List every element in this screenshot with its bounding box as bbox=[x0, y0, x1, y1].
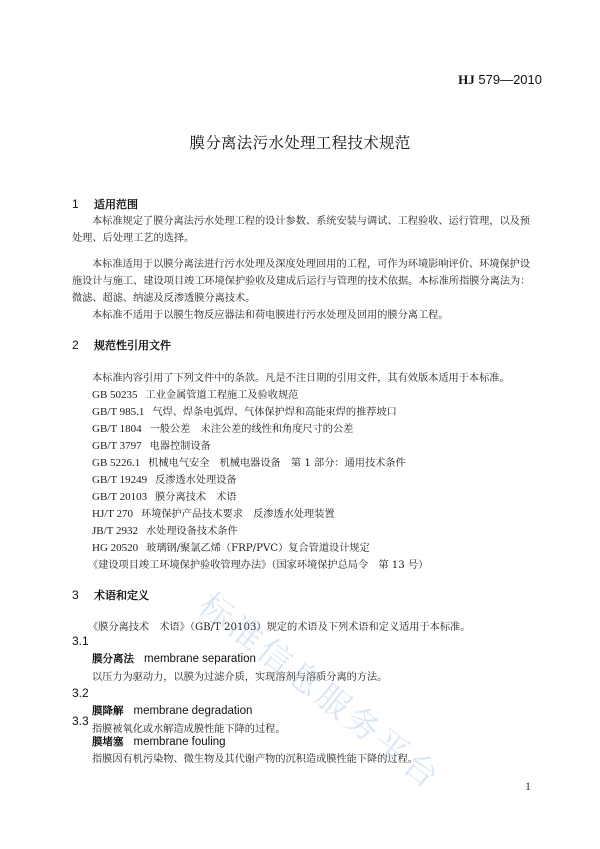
term-definition: 以压力为驱动力，以膜为过滤介质，实现溶剂与溶质分离的方法。 bbox=[92, 668, 387, 683]
term-number: 3.2 bbox=[72, 686, 89, 700]
section-heading-3: 3术语和定义 bbox=[72, 587, 149, 603]
section-1-paragraph-1: 本标准规定了膜分离法污水处理工程的设计参数、系统安装与调试、工程验收、运行管理，… bbox=[72, 213, 532, 247]
reference-item: GB/T 1804一般公差 未注公差的线性和角度尺寸的公差 bbox=[92, 420, 353, 435]
standard-number: 579—2010 bbox=[478, 72, 542, 87]
section-2-intro: 本标准内容引用了下列文件中的条款。凡是不注日期的引用文件，其有效版本适用于本标准… bbox=[92, 369, 510, 384]
reference-item: HG 20520玻璃钢/聚氯乙烯（FRP/PVC）复合管道设计规定 bbox=[92, 539, 370, 554]
term-name: 膜堵塞membrane fouling bbox=[92, 734, 226, 749]
document-title: 膜分离法污水处理工程技术规范 bbox=[0, 131, 600, 153]
section-1-paragraph-2: 本标准适用于以膜分离法进行污水处理及深度处理回用的工程，可作为环境影响评价、环境… bbox=[72, 256, 532, 307]
term-number: 3.1 bbox=[72, 634, 89, 648]
section-1-paragraph-3: 本标准不适用于以膜生物反应器法和荷电膜进行污水处理及回用的膜分离工程。 bbox=[72, 307, 532, 324]
reference-item: GB/T 985.1气焊、焊条电弧焊、气体保护焊和高能束焊的推荐坡口 bbox=[92, 403, 397, 418]
reference-item: GB 50235工业金属管道工程施工及验收规范 bbox=[92, 386, 298, 401]
reference-item: JB/T 2932水处理设备技术条件 bbox=[92, 522, 238, 537]
page-number: 1 bbox=[525, 779, 531, 794]
term-definition: 指膜被氧化或水解造成膜性能下降的过程。 bbox=[92, 720, 286, 735]
term-name: 膜分离法membrane separation bbox=[92, 651, 256, 666]
section-3-intro: 《膜分离技术 术语》（GB/T 20103）规定的术语及下列术语和定义适用于本标… bbox=[88, 618, 470, 633]
reference-item: HJ/T 270环境保护产品技术要求 反渗透水处理装置 bbox=[92, 505, 335, 520]
term-name: 膜降解membrane degradation bbox=[92, 703, 252, 718]
standard-code: HJ 579—2010 bbox=[458, 72, 542, 88]
watermark: 标准信息服务平台 bbox=[191, 580, 453, 799]
standard-prefix: HJ bbox=[458, 72, 475, 87]
document-page: HJ 579—2010 膜分离法污水处理工程技术规范 1适用范围 本标准规定了膜… bbox=[0, 0, 600, 849]
reference-item: GB/T 20103膜分离技术 术语 bbox=[92, 488, 237, 503]
reference-item: GB/T 3797电器控制设备 bbox=[92, 437, 211, 452]
term-number: 3.3 bbox=[72, 714, 89, 728]
reference-item: GB 5226.1机械电气安全 机械电器设备 第 1 部分：通用技术条件 bbox=[92, 454, 406, 469]
term-definition: 指膜因有机污染物、微生物及其代谢产物的沉积造成膜性能下降的过程。 bbox=[92, 750, 418, 765]
section-heading-2: 2规范性引用文件 bbox=[72, 337, 171, 353]
reference-item: 《建设项目竣工环境保护验收管理办法》（国家环境保护总局令 第 13 号） bbox=[88, 556, 428, 571]
section-heading-1: 1适用范围 bbox=[72, 196, 138, 212]
reference-item: GB/T 19249反渗透水处理设备 bbox=[92, 471, 237, 486]
